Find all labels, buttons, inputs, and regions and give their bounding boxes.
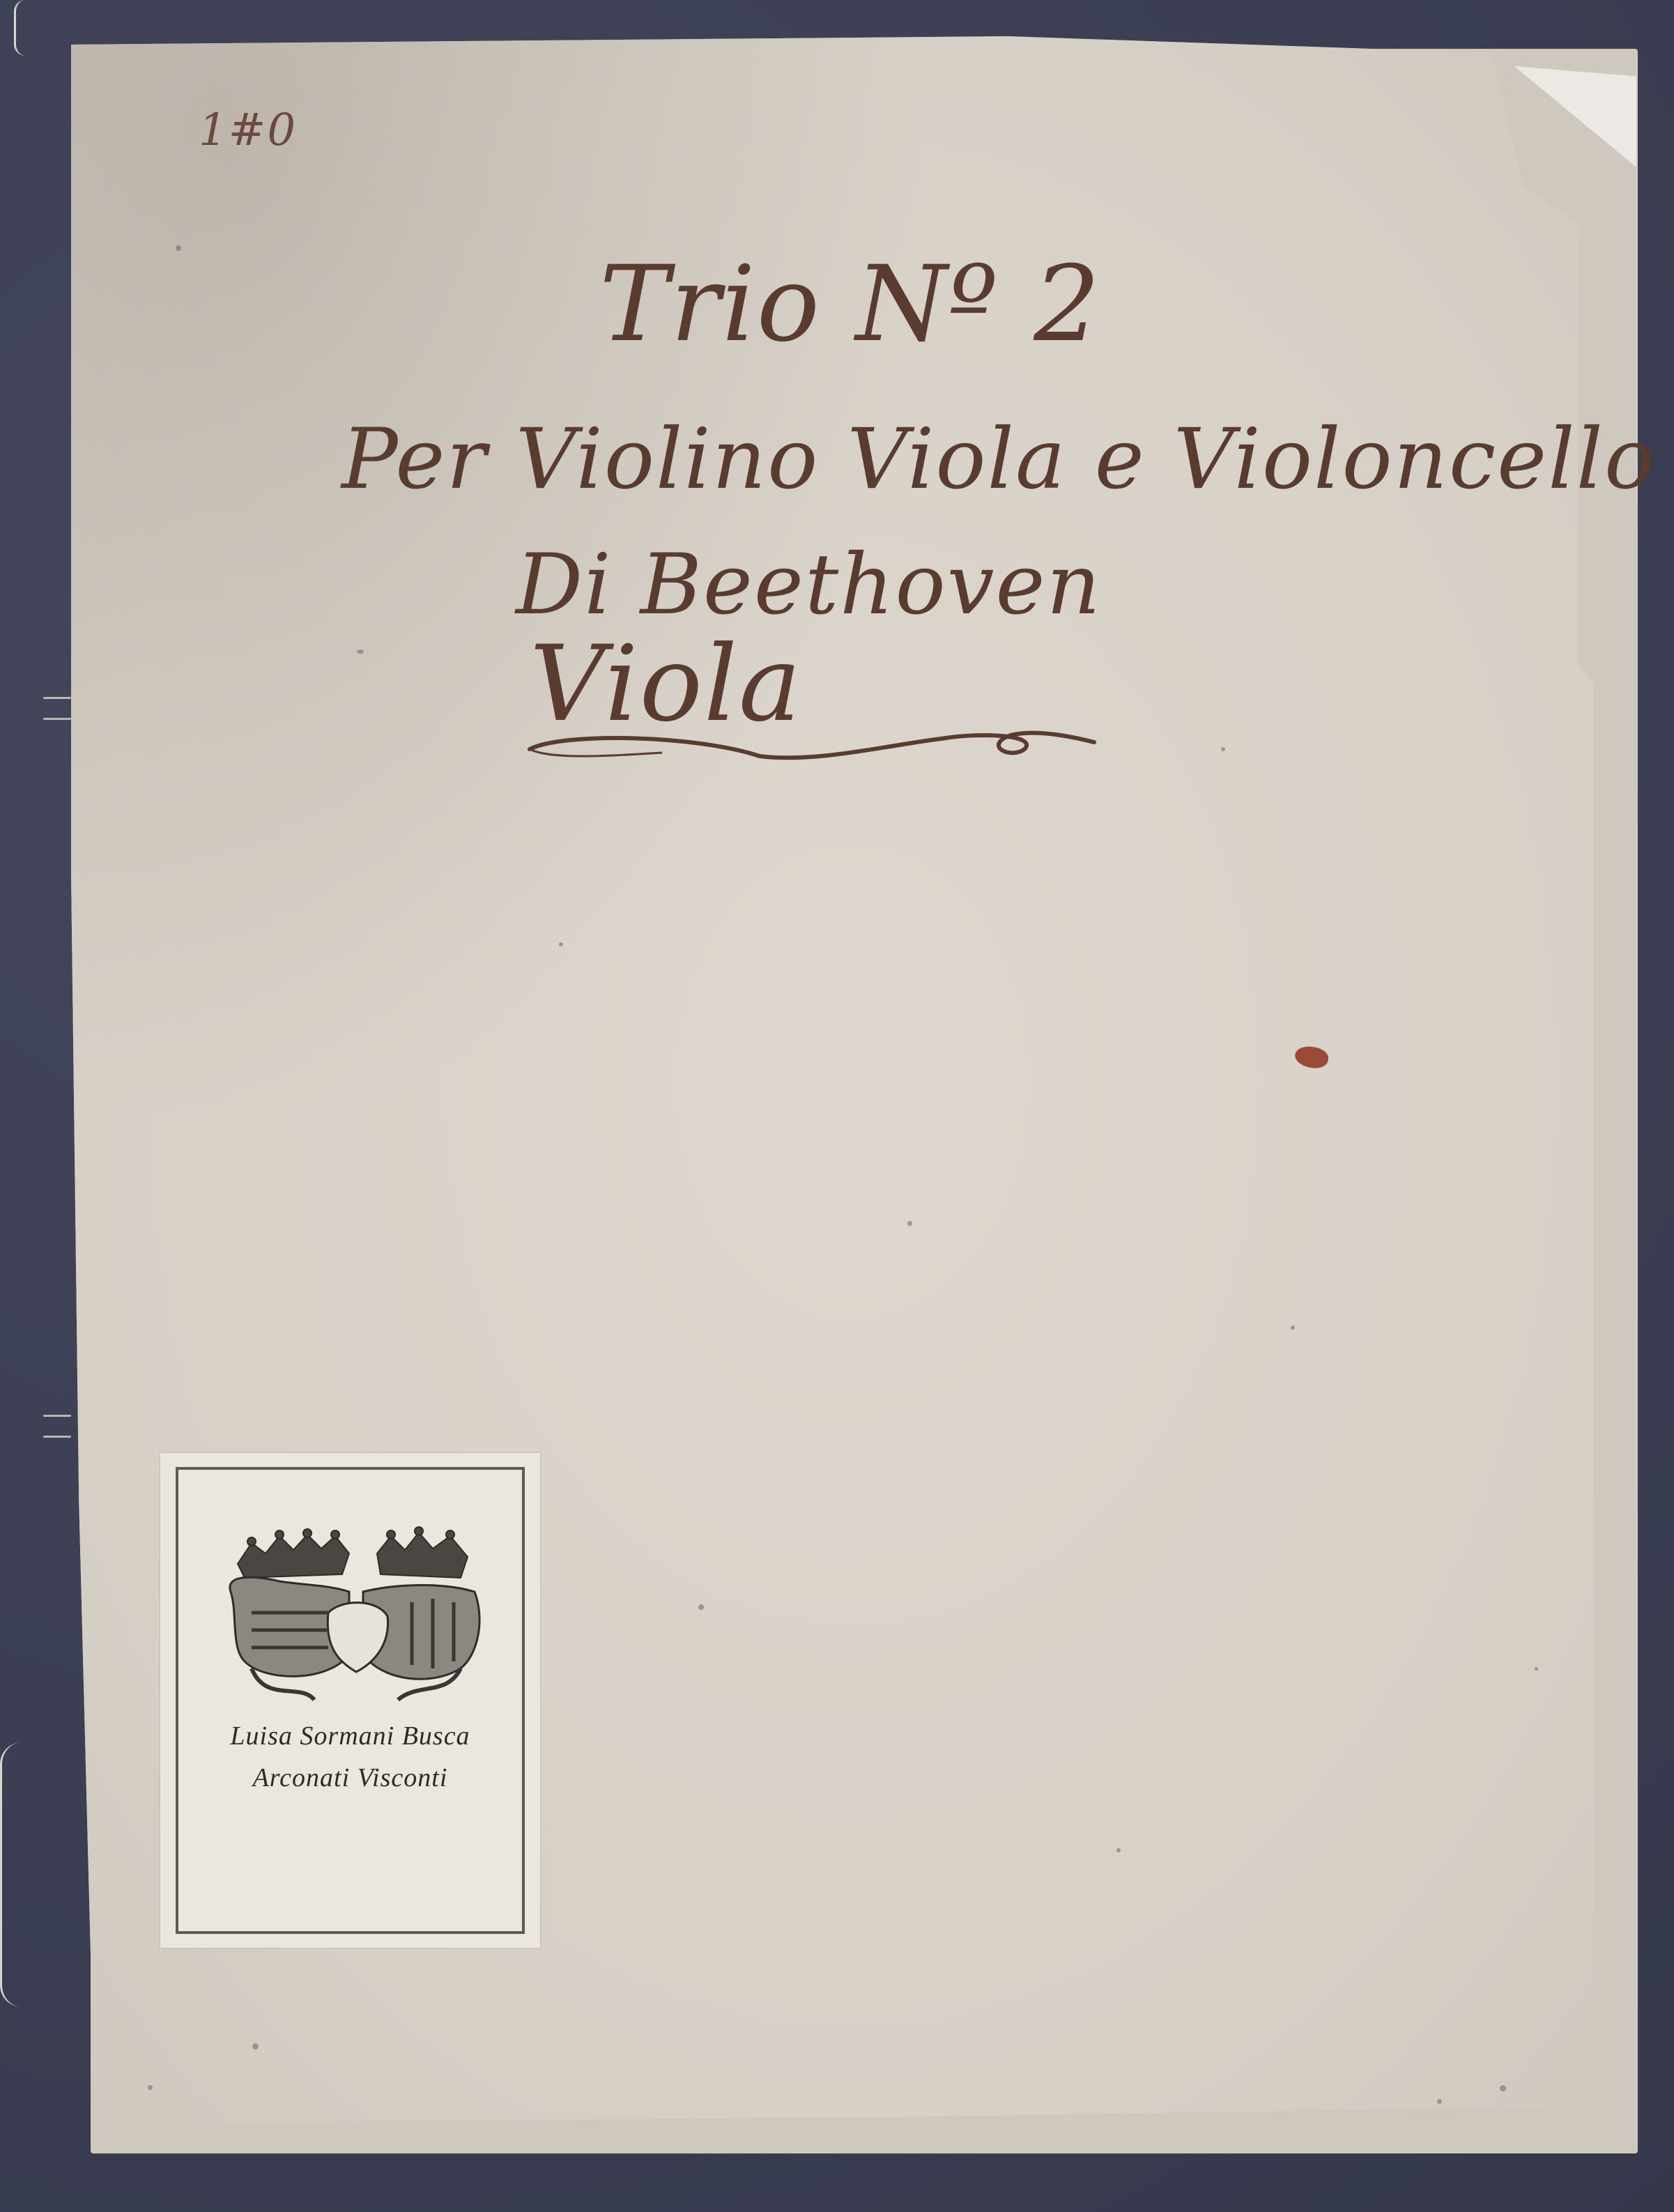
title-composer: Di Beethoven bbox=[516, 537, 1102, 633]
bookplate-frame: Luisa Sormani Busca Arconati Visconti bbox=[176, 1467, 525, 1934]
bookplate-owner-name: Luisa Sormani Busca bbox=[178, 1721, 522, 1751]
twin-crowned-coat-of-arms-icon bbox=[210, 1515, 502, 1710]
binding-stitch bbox=[43, 697, 71, 699]
loose-thread bbox=[14, 0, 37, 56]
loose-thread bbox=[0, 1742, 44, 2007]
underline-flourish bbox=[523, 725, 1101, 767]
ex-libris-bookplate: Luisa Sormani Busca Arconati Visconti bbox=[160, 1453, 540, 1948]
binding-stitch bbox=[43, 1436, 71, 1438]
catalog-number: 1#0 bbox=[199, 105, 297, 156]
title-trio-number: Trio Nº 2 bbox=[599, 244, 1102, 365]
binding-stitch bbox=[43, 1415, 71, 1417]
title-instrumentation: Per Violino Viola e Violoncello bbox=[341, 411, 1656, 508]
binding-stitch bbox=[43, 718, 71, 720]
bookplate-family-name: Arconati Visconti bbox=[178, 1762, 522, 1793]
